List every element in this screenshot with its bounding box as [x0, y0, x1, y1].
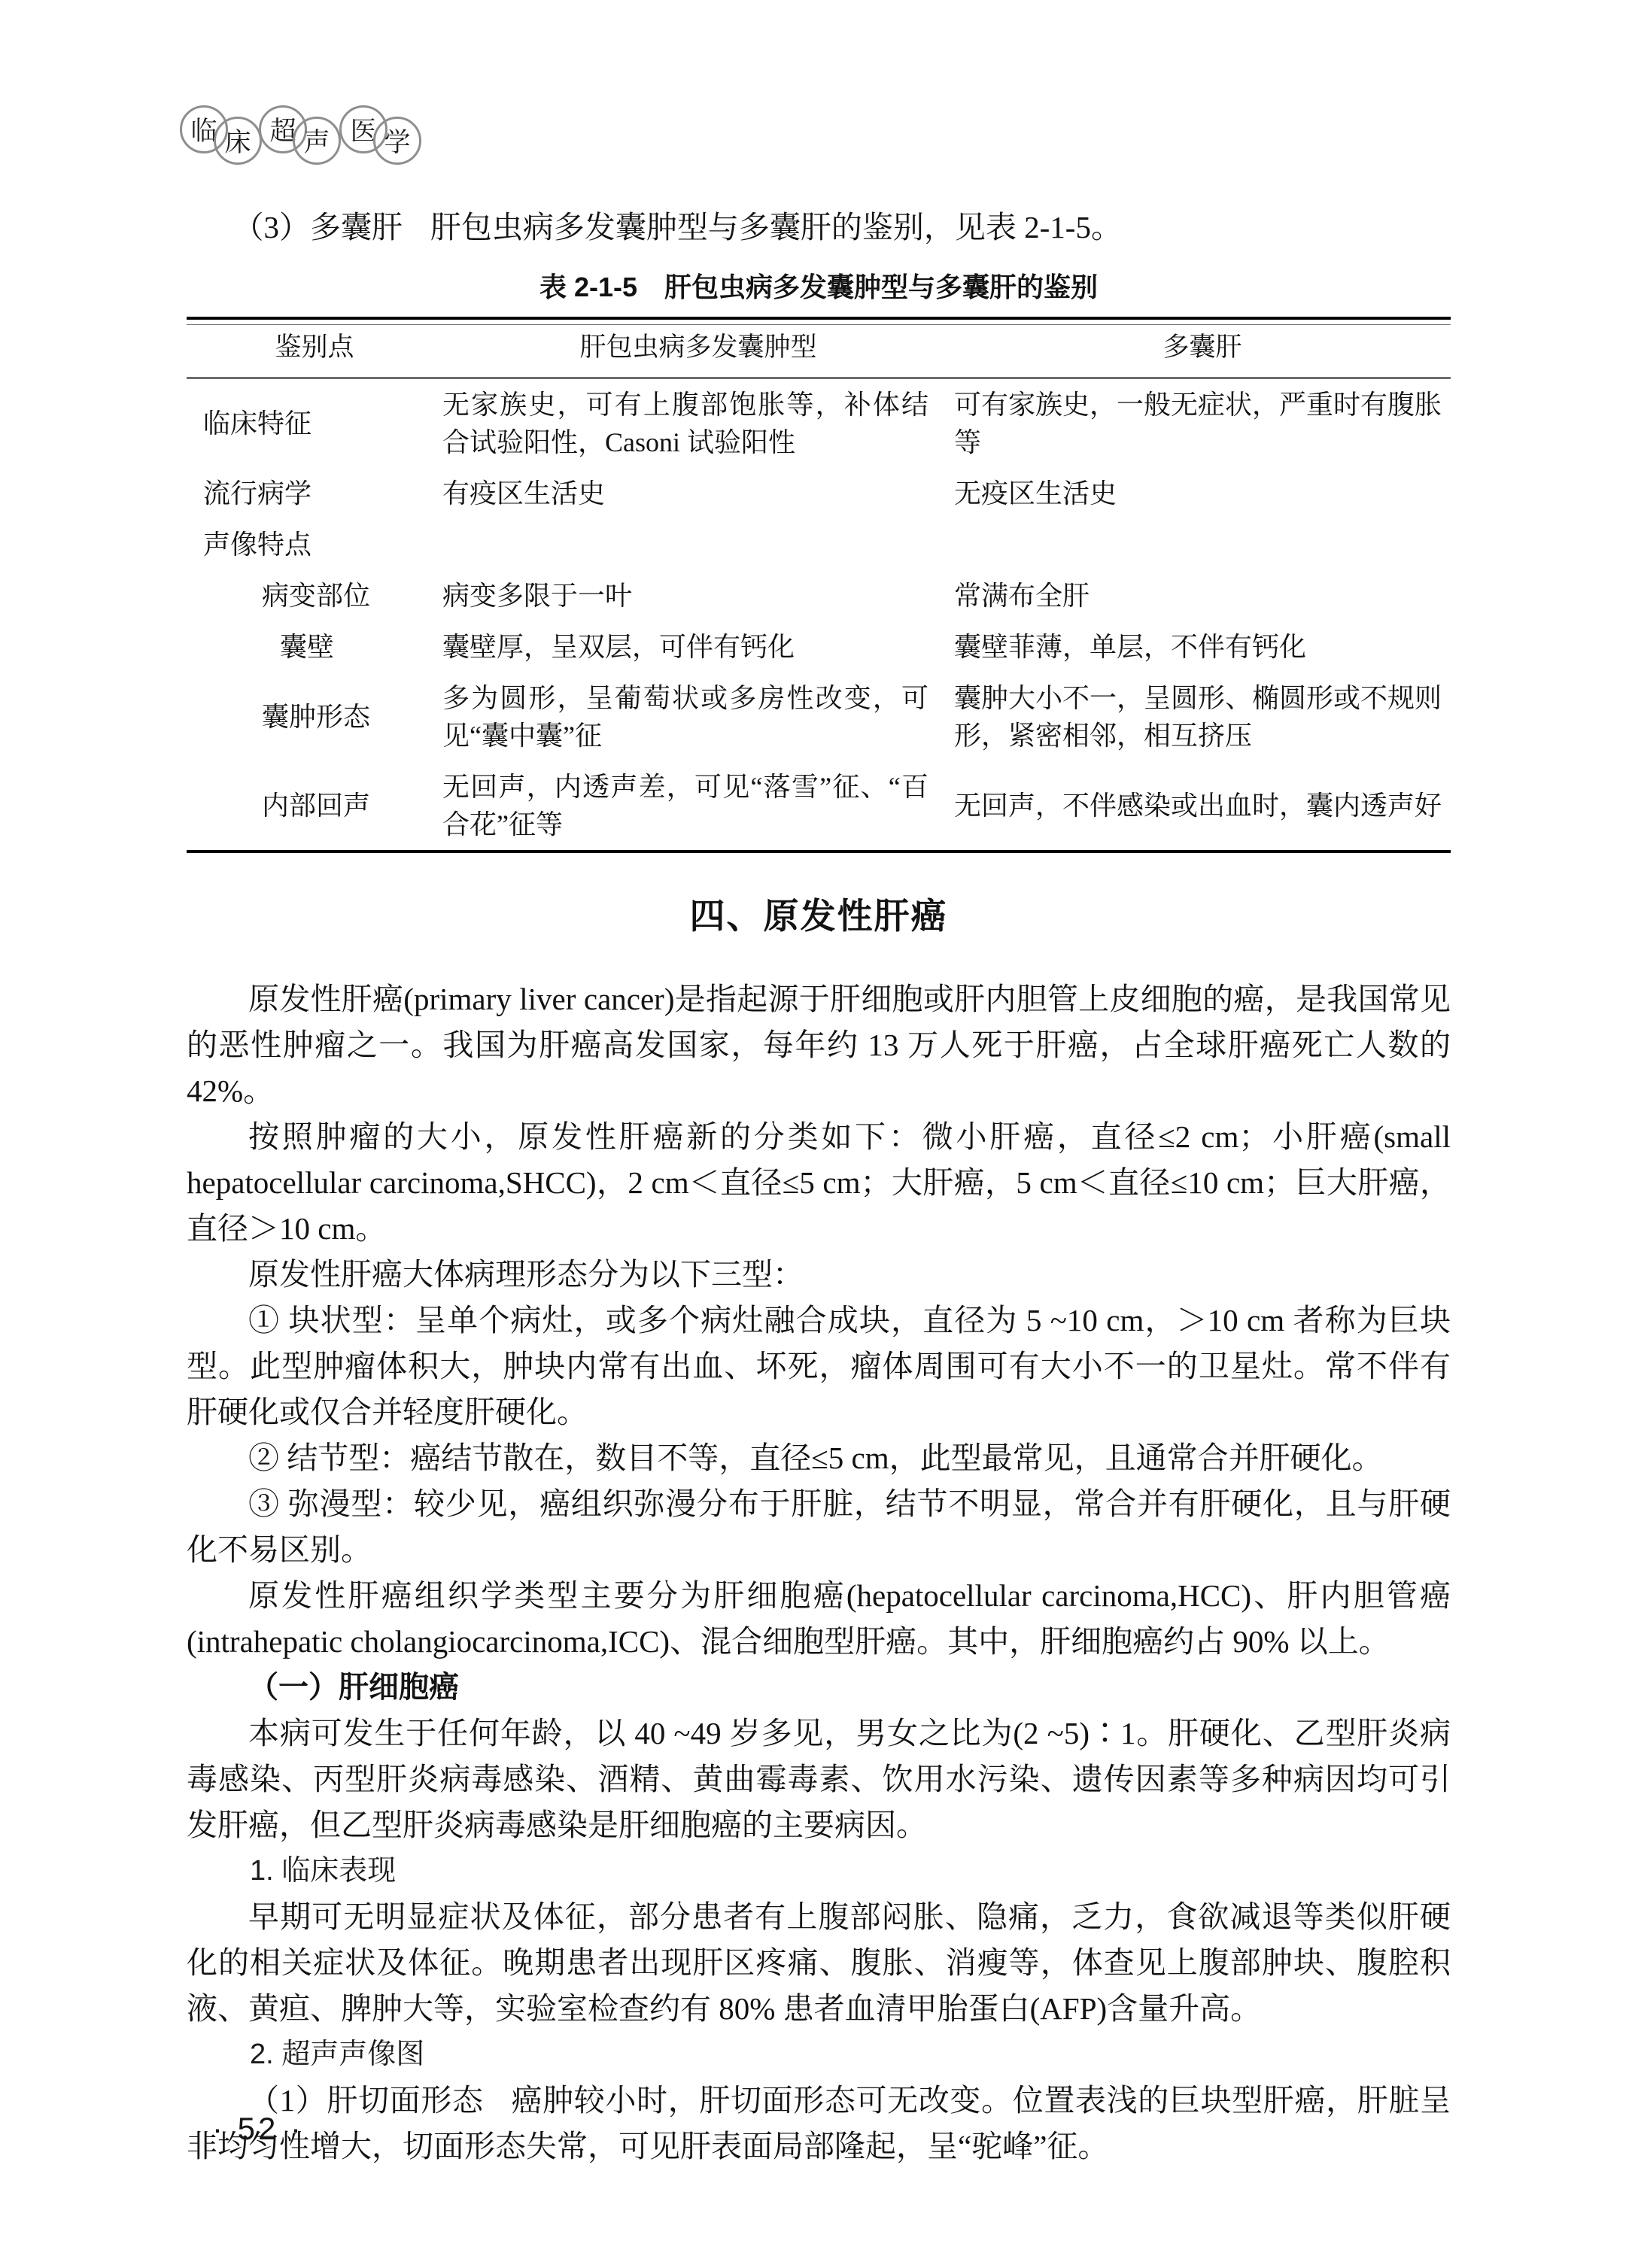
table-row: 内部回声 无回声，内透声差，可见“落雪”征、“百合花”征等 无回声，不伴感染或出… [187, 761, 1451, 850]
table-row: 囊壁 囊壁厚，呈双层，可伴有钙化 囊壁菲薄，单层，不伴有钙化 [187, 621, 1451, 673]
paragraph: 本病可发生于任何年龄，以 40 ~49 岁多见，男女之比为(2 ~5)∶1。肝硬… [187, 1711, 1451, 1848]
paragraph-type-1: ① 块状型：呈单个病灶，或多个病灶融合成块，直径为 5 ~10 cm，＞10 c… [187, 1298, 1451, 1435]
row-label: 囊肿形态 [187, 673, 442, 761]
row-cell-hydatid [442, 519, 954, 570]
table-row: 声像特点 [187, 519, 1451, 570]
intro-text: 肝包虫病多发囊肿型与多囊肝的鉴别，见表 2-1-5。 [430, 210, 1122, 244]
subheading-clinical: 1. 临床表现 [187, 1848, 1451, 1894]
page-number: · 52 · [212, 2111, 304, 2147]
subsection-heading-hcc: （一）肝细胞癌 [187, 1665, 1451, 1711]
book-page: 临 床 超 声 医 学 （3）多囊肝肝包虫病多发囊肿型与多囊肝的鉴别，见表 2-… [0, 0, 1629, 2268]
col-header-criteria: 鉴别点 [187, 320, 442, 378]
paragraph: 原发性肝癌大体病理形态分为以下三型： [187, 1252, 1451, 1298]
row-cell-polycystic: 无回声，不伴感染或出血时，囊内透声好 [954, 761, 1451, 850]
comparison-table: 鉴别点 肝包虫病多发囊肿型 多囊肝 临床特征 无家族史，可有上腹部饱胀等，补体结… [187, 320, 1451, 850]
row-cell-polycystic: 囊壁菲薄，单层，不伴有钙化 [954, 621, 1451, 673]
row-cell-polycystic: 囊肿大小不一，呈圆形、椭圆形或不规则形，紧密相邻，相互挤压 [954, 673, 1451, 761]
col-header-hydatid: 肝包虫病多发囊肿型 [442, 320, 954, 378]
row-label: 声像特点 [187, 519, 442, 570]
paragraph-type-3: ③ 弥漫型：较少见，癌组织弥漫分布于肝脏，结节不明显，常合并有肝硬化，且与肝硬化… [187, 1481, 1451, 1573]
row-cell-polycystic [954, 519, 1451, 570]
table-header-row: 鉴别点 肝包虫病多发囊肿型 多囊肝 [187, 320, 1451, 378]
subheading-ultrasound: 2. 超声声像图 [187, 2032, 1451, 2078]
row-cell-polycystic: 无疫区生活史 [954, 468, 1451, 519]
intro-runin-head: （3）多囊肝 [233, 210, 403, 244]
row-label: 病变部位 [187, 570, 442, 621]
row-label: 内部回声 [187, 761, 442, 850]
row-cell-hydatid: 囊壁厚，呈双层，可伴有钙化 [442, 621, 954, 673]
table-row: 病变部位 病变多限于一叶 常满布全肝 [187, 570, 1451, 621]
paragraph: 按照肿瘤的大小，原发性肝癌新的分类如下：微小肝癌，直径≤2 cm；小肝癌(sma… [187, 1114, 1451, 1252]
row-cell-hydatid: 无回声，内透声差，可见“落雪”征、“百合花”征等 [442, 761, 954, 850]
col-header-polycystic: 多囊肝 [954, 320, 1451, 378]
section-heading: 四、原发性肝癌 [187, 894, 1451, 940]
row-label: 囊壁 [187, 621, 442, 673]
table-caption: 表 2-1-5 肝包虫病多发囊肿型与多囊肝的鉴别 [187, 269, 1451, 306]
paragraph-type-2: ② 结节型：癌结节散在，数目不等，直径≤5 cm，此型最常见，且通常合并肝硬化。 [187, 1435, 1451, 1481]
row-label: 临床特征 [187, 378, 442, 469]
row-cell-polycystic: 常满布全肝 [954, 570, 1451, 621]
intro-paragraph: （3）多囊肝肝包虫病多发囊肿型与多囊肝的鉴别，见表 2-1-5。 [187, 205, 1451, 250]
row-cell-hydatid: 无家族史，可有上腹部饱胀等，补体结合试验阳性，Casoni 试验阳性 [442, 378, 954, 469]
comparison-table-wrap: 鉴别点 肝包虫病多发囊肿型 多囊肝 临床特征 无家族史，可有上腹部饱胀等，补体结… [187, 317, 1451, 853]
table-row: 流行病学 有疫区生活史 无疫区生活史 [187, 468, 1451, 519]
row-cell-hydatid: 有疫区生活史 [442, 468, 954, 519]
row-cell-hydatid: 多为圆形，呈葡萄状或多房性改变，可见“囊中囊”征 [442, 673, 954, 761]
paragraph: 原发性肝癌组织学类型主要分为肝细胞癌(hepatocellular carcin… [187, 1573, 1451, 1665]
paragraph-runin: （1）肝切面形态癌肿较小时，肝切面形态可无改变。位置表浅的巨块型肝癌，肝脏呈非均… [187, 2078, 1451, 2169]
page-content: （3）多囊肝肝包虫病多发囊肿型与多囊肝的鉴别，见表 2-1-5。 表 2-1-5… [187, 0, 1451, 2169]
row-cell-hydatid: 病变多限于一叶 [442, 570, 954, 621]
paragraph: 早期可无明显症状及体征，部分患者有上腹部闷胀、隐痛，乏力，食欲减退等类似肝硬化的… [187, 1894, 1451, 2032]
table-row: 囊肿形态 多为圆形，呈葡萄状或多房性改变，可见“囊中囊”征 囊肿大小不一，呈圆形… [187, 673, 1451, 761]
table-row: 临床特征 无家族史，可有上腹部饱胀等，补体结合试验阳性，Casoni 试验阳性 … [187, 378, 1451, 469]
row-label: 流行病学 [187, 468, 442, 519]
paragraph: 原发性肝癌(primary liver cancer)是指起源于肝细胞或肝内胆管… [187, 976, 1451, 1114]
row-cell-polycystic: 可有家族史，一般无症状，严重时有腹胀等 [954, 378, 1451, 469]
